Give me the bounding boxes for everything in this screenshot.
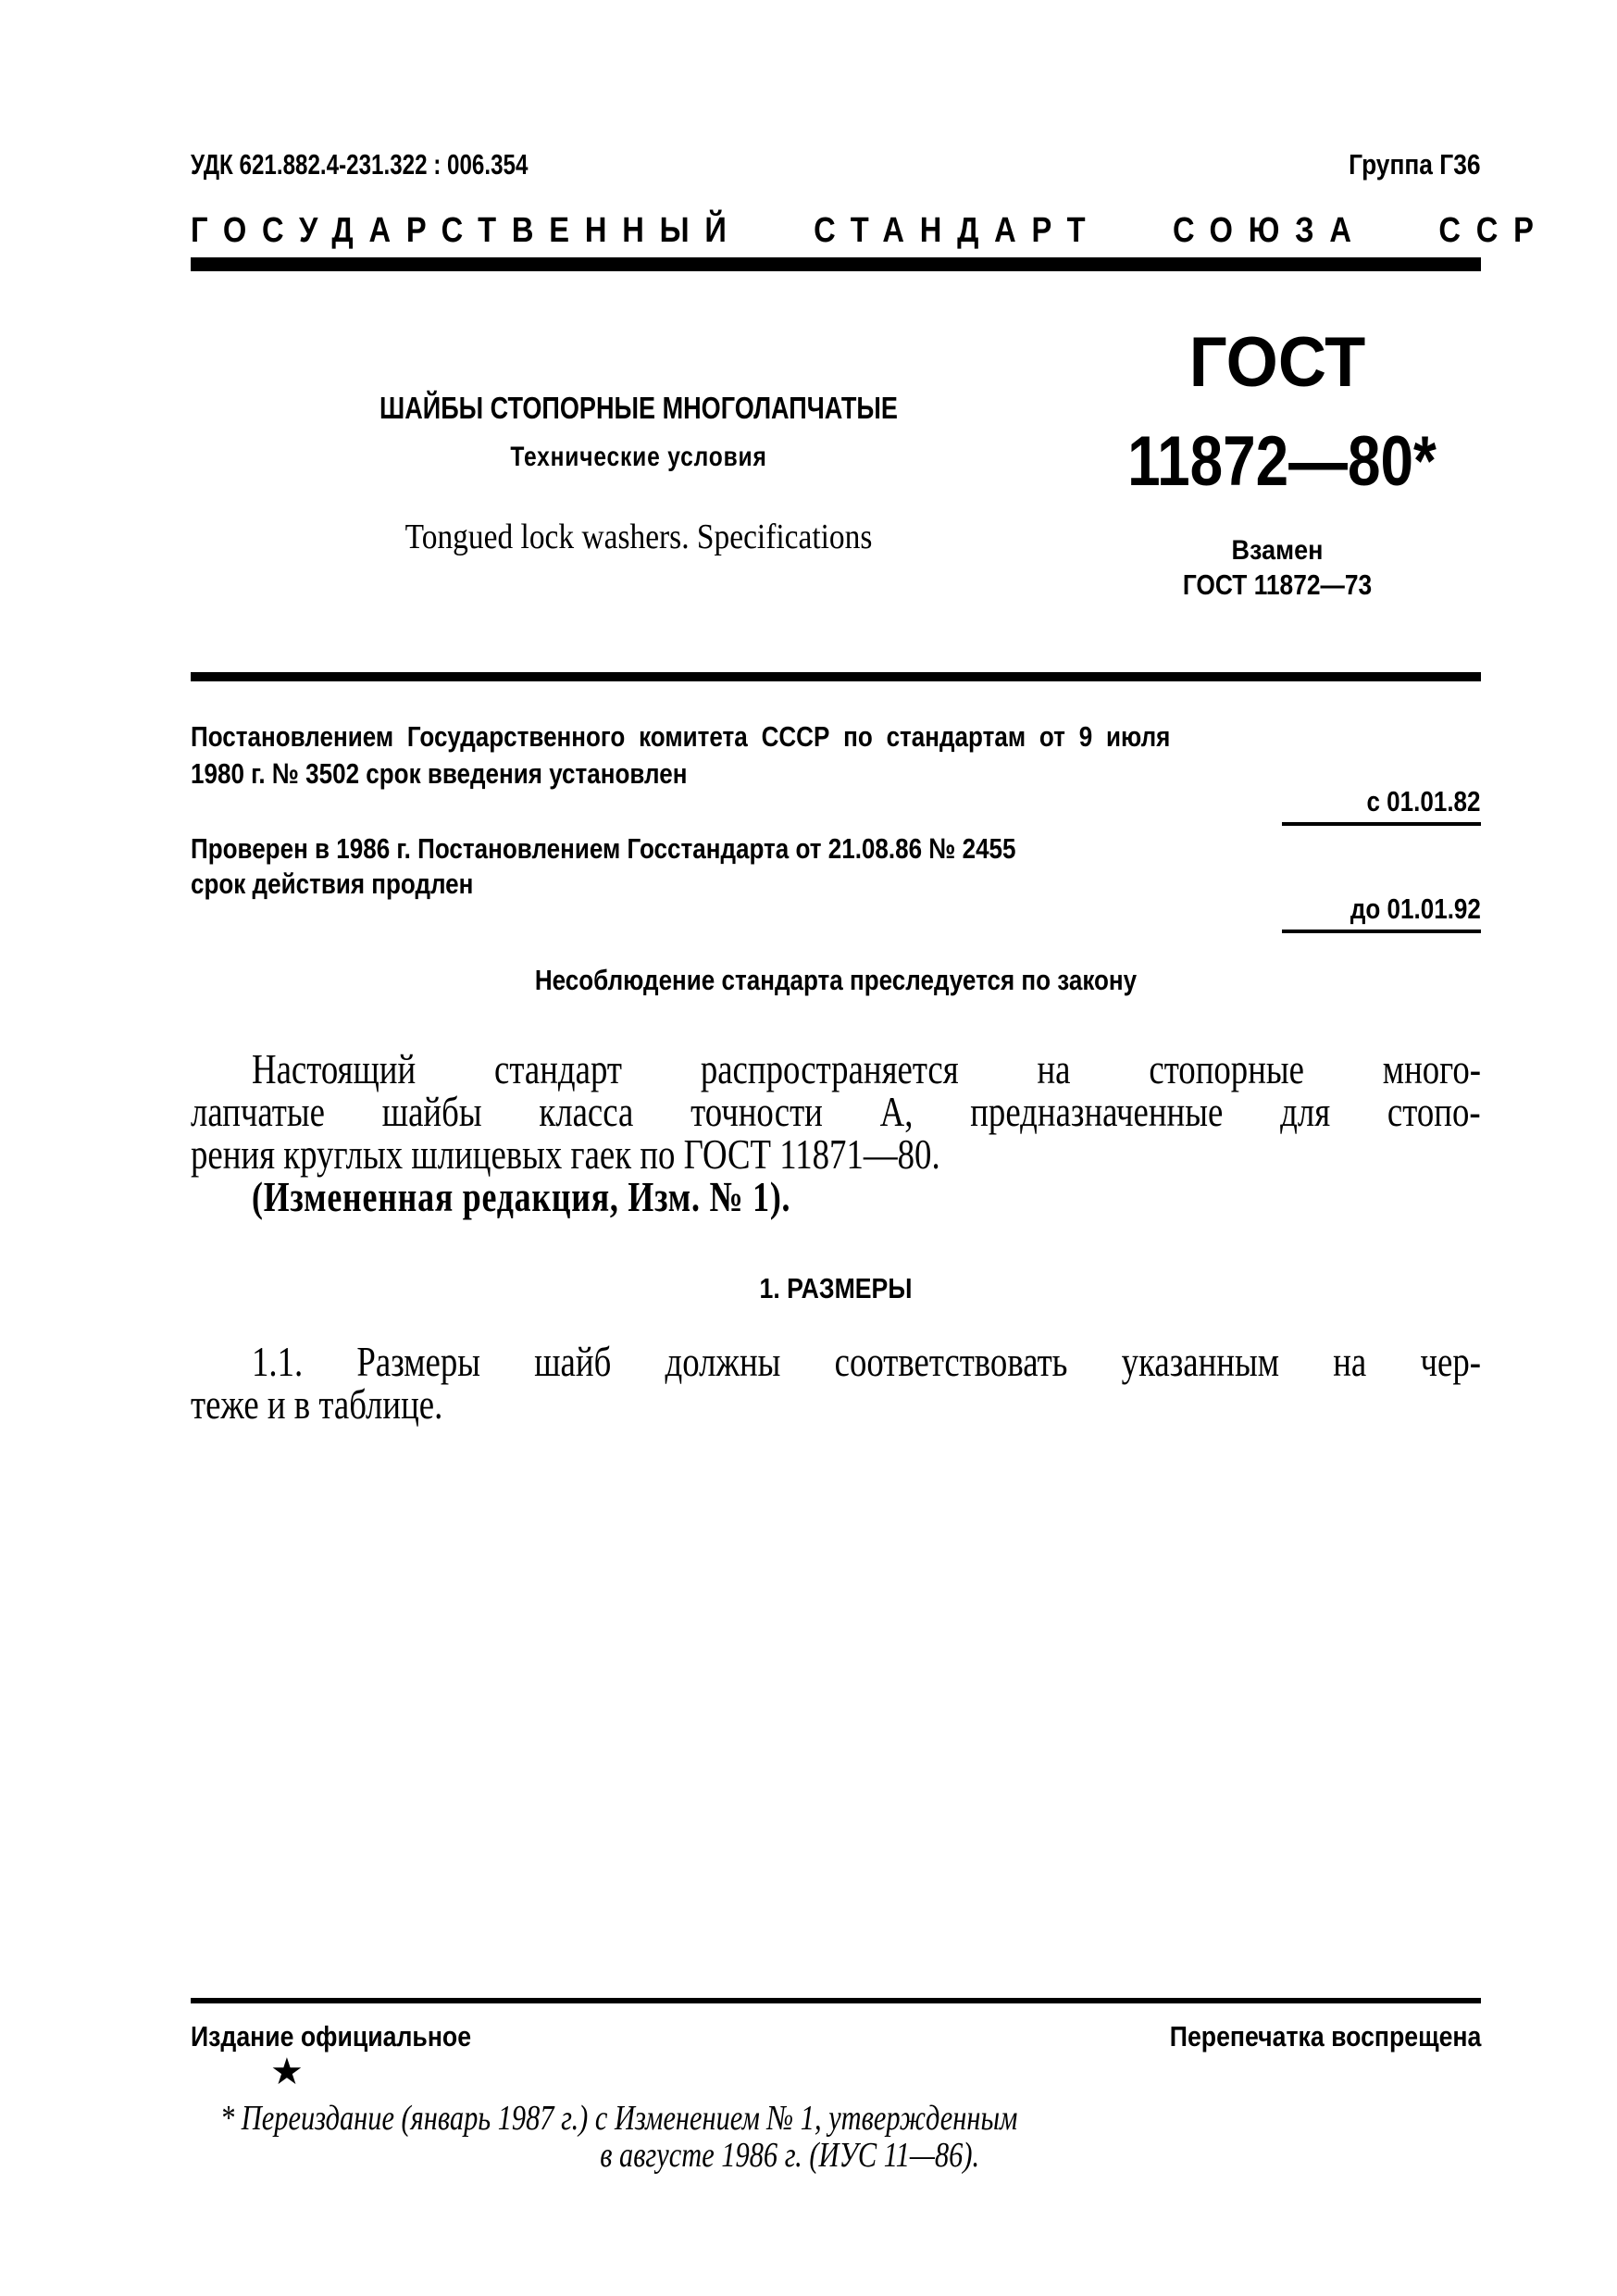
footnote-text-2: в августе 1986 г. (ИУС 11—86). [600, 2135, 979, 2176]
standard-title-ru: ШАЙБЫ СТОПОРНЫЕ МНОГОЛАПЧАТЫЕ [342, 391, 935, 426]
gost-number: 11872—80* [1123, 421, 1441, 502]
udk-code: УДК 621.882.4-231.322 : 006.354 [191, 148, 528, 181]
standard-subtitle-ru: Технические условия [342, 442, 935, 473]
section-heading-dimensions: 1. РАЗМЕРЫ [281, 1272, 1391, 1305]
footnote-text-1: * Переиздание (январь 1987 г.) с Изменен… [220, 2098, 1017, 2139]
replaces-label: Взамен [1111, 535, 1444, 567]
footnote-line-1: * Переиздание (январь 1987 г.) с Изменен… [220, 2098, 1217, 2139]
section1-line-2: теже и в таблице. [191, 1379, 505, 1429]
footer-rule [191, 1998, 1481, 2003]
star-icon: ★ [270, 2053, 304, 2090]
check-line-1: Проверен в 1986 г. Постановлением Госста… [191, 832, 1016, 866]
standard-banner: ГОСУДАРСТВЕННЫЙ СТАНДАРТ СОЮЗА ССР [191, 211, 1300, 251]
extended-date: до 01.01.92 [1350, 892, 1481, 926]
effective-date: с 01.01.82 [1367, 785, 1481, 818]
amendment-text: (Измененная редакция, Изм. № 1). [252, 1172, 790, 1221]
section1-text-2: теже и в таблице. [191, 1379, 442, 1429]
group-code: Группа Г36 [1350, 148, 1481, 181]
effective-date-underline [1282, 822, 1481, 826]
reprint-forbidden: Перепечатка воспрещена [1169, 2020, 1481, 2053]
title-rule [191, 672, 1481, 681]
official-edition: Издание официальное [191, 2020, 471, 2053]
standard-title-en: Tongued lock washers. Specifications [321, 517, 956, 557]
check-line-2: срок действия продлен [191, 867, 473, 901]
gost-label: ГОСТ [1101, 322, 1453, 403]
decree-line-1: Постановлением Государственного комитета… [191, 720, 1275, 754]
amendment-note: (Измененная редакция, Изм. № 1). [252, 1172, 943, 1221]
footnote-line-2: в августе 1986 г. (ИУС 11—86). [191, 2135, 1481, 2176]
decree-line-2: 1980 г. № 3502 срок введения установлен [191, 757, 687, 791]
replaces-value: ГОСТ 11872—73 [1120, 568, 1435, 602]
extended-date-underline [1282, 930, 1481, 933]
legal-warning: Несоблюдение стандарта преследуется по з… [294, 964, 1378, 997]
header-thick-rule [191, 257, 1481, 271]
